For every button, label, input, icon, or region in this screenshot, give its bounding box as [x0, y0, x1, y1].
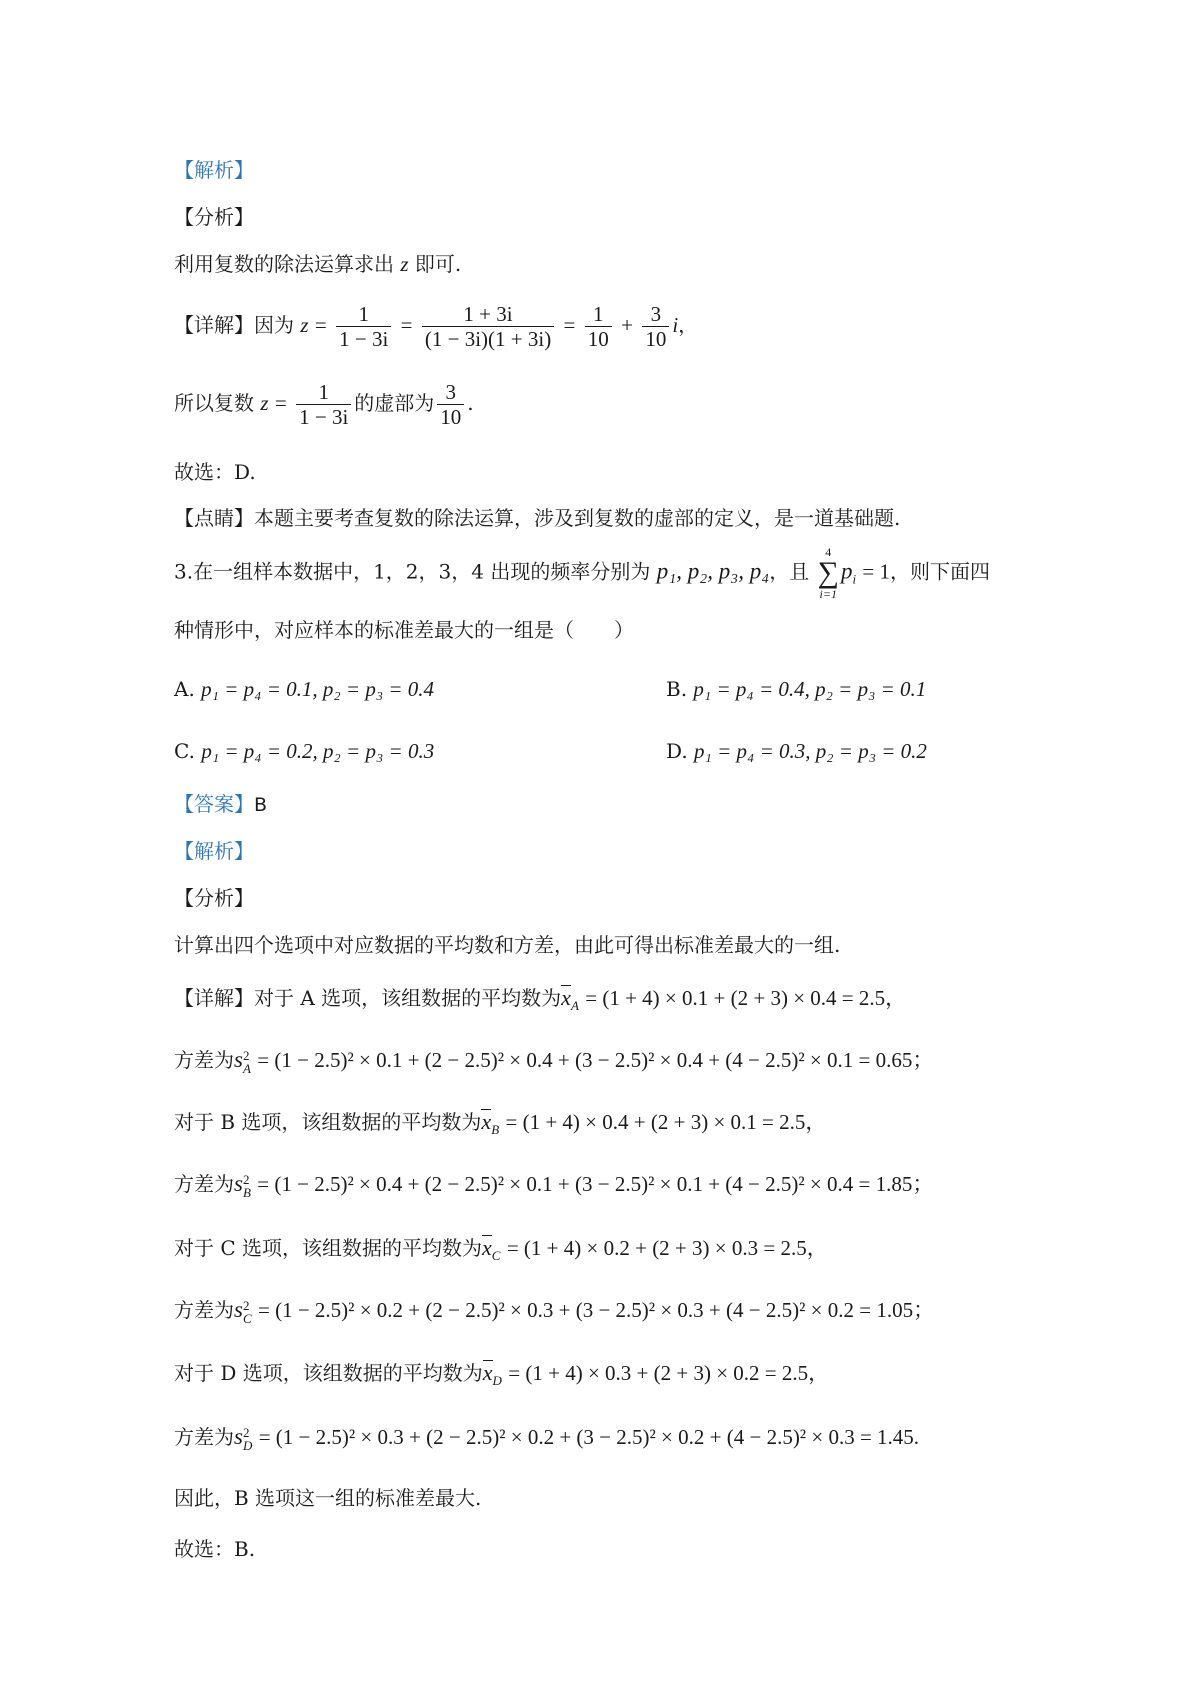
equals: = — [564, 313, 576, 337]
fenxi-text-body: 利用复数的除法运算求出 — [174, 252, 394, 276]
jiexi-heading: 【解析】 — [174, 156, 254, 184]
var-z: z — [400, 252, 408, 276]
fraction-2: 1 + 3i(1 − 3i)(1 + 3i) — [422, 302, 554, 351]
fenxi-text-tail: 即可. — [415, 252, 461, 276]
detail-a-mean: 【详解】对于 A 选项，该组数据的平均数为xA = (1 + 4) × 0.1 … — [174, 978, 906, 1026]
xiangjie-heading-q3: 【详解】 — [174, 986, 254, 1010]
guxuan-d: 故选：D. — [174, 458, 256, 486]
fenxi-heading: 【分析】 — [174, 203, 254, 231]
detail-b-variance: 方差为s2B = (1 − 2.5)² × 0.4 + (2 − 2.5)² ×… — [174, 1164, 933, 1204]
summation: 4∑i=1 — [818, 545, 839, 601]
stem-part2: ，且 — [769, 560, 809, 584]
option-c[interactable]: C. p₁ = p₄ = 0.2, p₂ = p₃ = 0.3 — [174, 737, 434, 765]
dianjing-text: 本题主要考查复数的除法运算，涉及到复数的虚部的定义，是一道基础题. — [254, 506, 900, 530]
fraction-4: 310 — [642, 302, 669, 351]
equals: = — [275, 391, 287, 415]
answer-line: 【答案】B — [174, 790, 267, 819]
option-d[interactable]: D. p₁ = p₄ = 0.3, p₂ = p₃ = 0.2 — [666, 737, 927, 765]
jiexi-heading-q3: 【解析】 — [174, 837, 254, 865]
fraction-3: 110 — [585, 302, 612, 351]
p-list: p₁, p₂, p₃, p₄ — [657, 559, 769, 584]
answer-heading: 【答案】 — [174, 792, 254, 816]
stem-part3: ，则下面四 — [890, 560, 990, 584]
detail-c-variance: 方差为s2C = (1 − 2.5)² × 0.2 + (2 − 2.5)² ×… — [174, 1290, 934, 1330]
answer-value: B — [254, 794, 267, 816]
detail-c-mean: 对于 C 选项，该组数据的平均数为xC = (1 + 4) × 0.2 + (2… — [174, 1228, 828, 1276]
question-3-stem-line1: 3.在一组样本数据中，1，2，3，4 出现的频率分别为 p₁, p₂, p₃, … — [174, 545, 990, 605]
fenxi-heading-q3: 【分析】 — [174, 884, 254, 912]
equals: = — [315, 313, 327, 337]
mean-symbol: x — [482, 1235, 492, 1259]
equals: = — [401, 313, 413, 337]
sum-term: p — [841, 559, 853, 584]
comma: ， — [678, 313, 698, 337]
fenxi-text: 利用复数的除法运算求出 z 即可. — [174, 250, 461, 278]
guxuan-b: 故选：B. — [174, 1535, 255, 1563]
option-b[interactable]: B. p₁ = p₄ = 0.4, p₂ = p₃ = 0.1 — [666, 675, 926, 703]
xiangjie-heading: 【详解】 — [174, 313, 254, 337]
fraction-imag: 310 — [437, 380, 464, 429]
dianjing-heading: 【点睛】 — [174, 506, 254, 530]
xiangjie-prefix: 因为 — [254, 313, 294, 337]
mean-symbol: x — [561, 985, 571, 1009]
detail-a-variance: 方差为s2A = (1 − 2.5)² × 0.1 + (2 − 2.5)² ×… — [174, 1040, 933, 1080]
fraction-z: 11 − 3i — [296, 380, 351, 429]
stem-part1: 3.在一组样本数据中，1，2，3，4 出现的频率分别为 — [174, 560, 650, 584]
conclusion: 因此，B 选项这一组的标准差最大. — [174, 1484, 481, 1512]
var-z: z — [260, 391, 268, 415]
question-3-stem-line2: 种情形中，对应样本的标准差最大的一组是（ ） — [174, 616, 634, 644]
fraction-1: 11 − 3i — [336, 302, 391, 351]
fenxi-text-q3: 计算出四个选项中对应数据的平均数和方差，由此可得出标准差最大的一组. — [174, 931, 840, 959]
suoyi-mid: 的虚部为 — [354, 391, 434, 415]
detail-d-variance: 方差为s2D = (1 − 2.5)² × 0.3 + (2 − 2.5)² ×… — [174, 1417, 919, 1457]
suoyi-prefix: 所以复数 — [174, 391, 254, 415]
suoyi-line: 所以复数 z = 11 − 3i的虚部为310. — [174, 378, 474, 429]
option-a[interactable]: A. p₁ = p₄ = 0.1, p₂ = p₃ = 0.4 — [174, 675, 434, 703]
var-z: z — [300, 313, 308, 337]
mean-symbol: x — [483, 1360, 493, 1384]
dianjing-line: 【点睛】本题主要考查复数的除法运算，涉及到复数的虚部的定义，是一道基础题. — [174, 504, 900, 532]
plus: + — [621, 313, 633, 337]
sum-equals: = 1 — [862, 560, 890, 584]
detail-b-mean: 对于 B 选项，该组数据的平均数为xB = (1 + 4) × 0.4 + (2… — [174, 1102, 826, 1150]
mean-symbol: x — [481, 1109, 491, 1133]
period: . — [467, 391, 473, 415]
xiangjie-line: 【详解】因为 z = 11 − 3i = 1 + 3i(1 − 3i)(1 + … — [174, 300, 698, 351]
detail-d-mean: 对于 D 选项，该组数据的平均数为xD = (1 + 4) × 0.3 + (2… — [174, 1353, 829, 1401]
